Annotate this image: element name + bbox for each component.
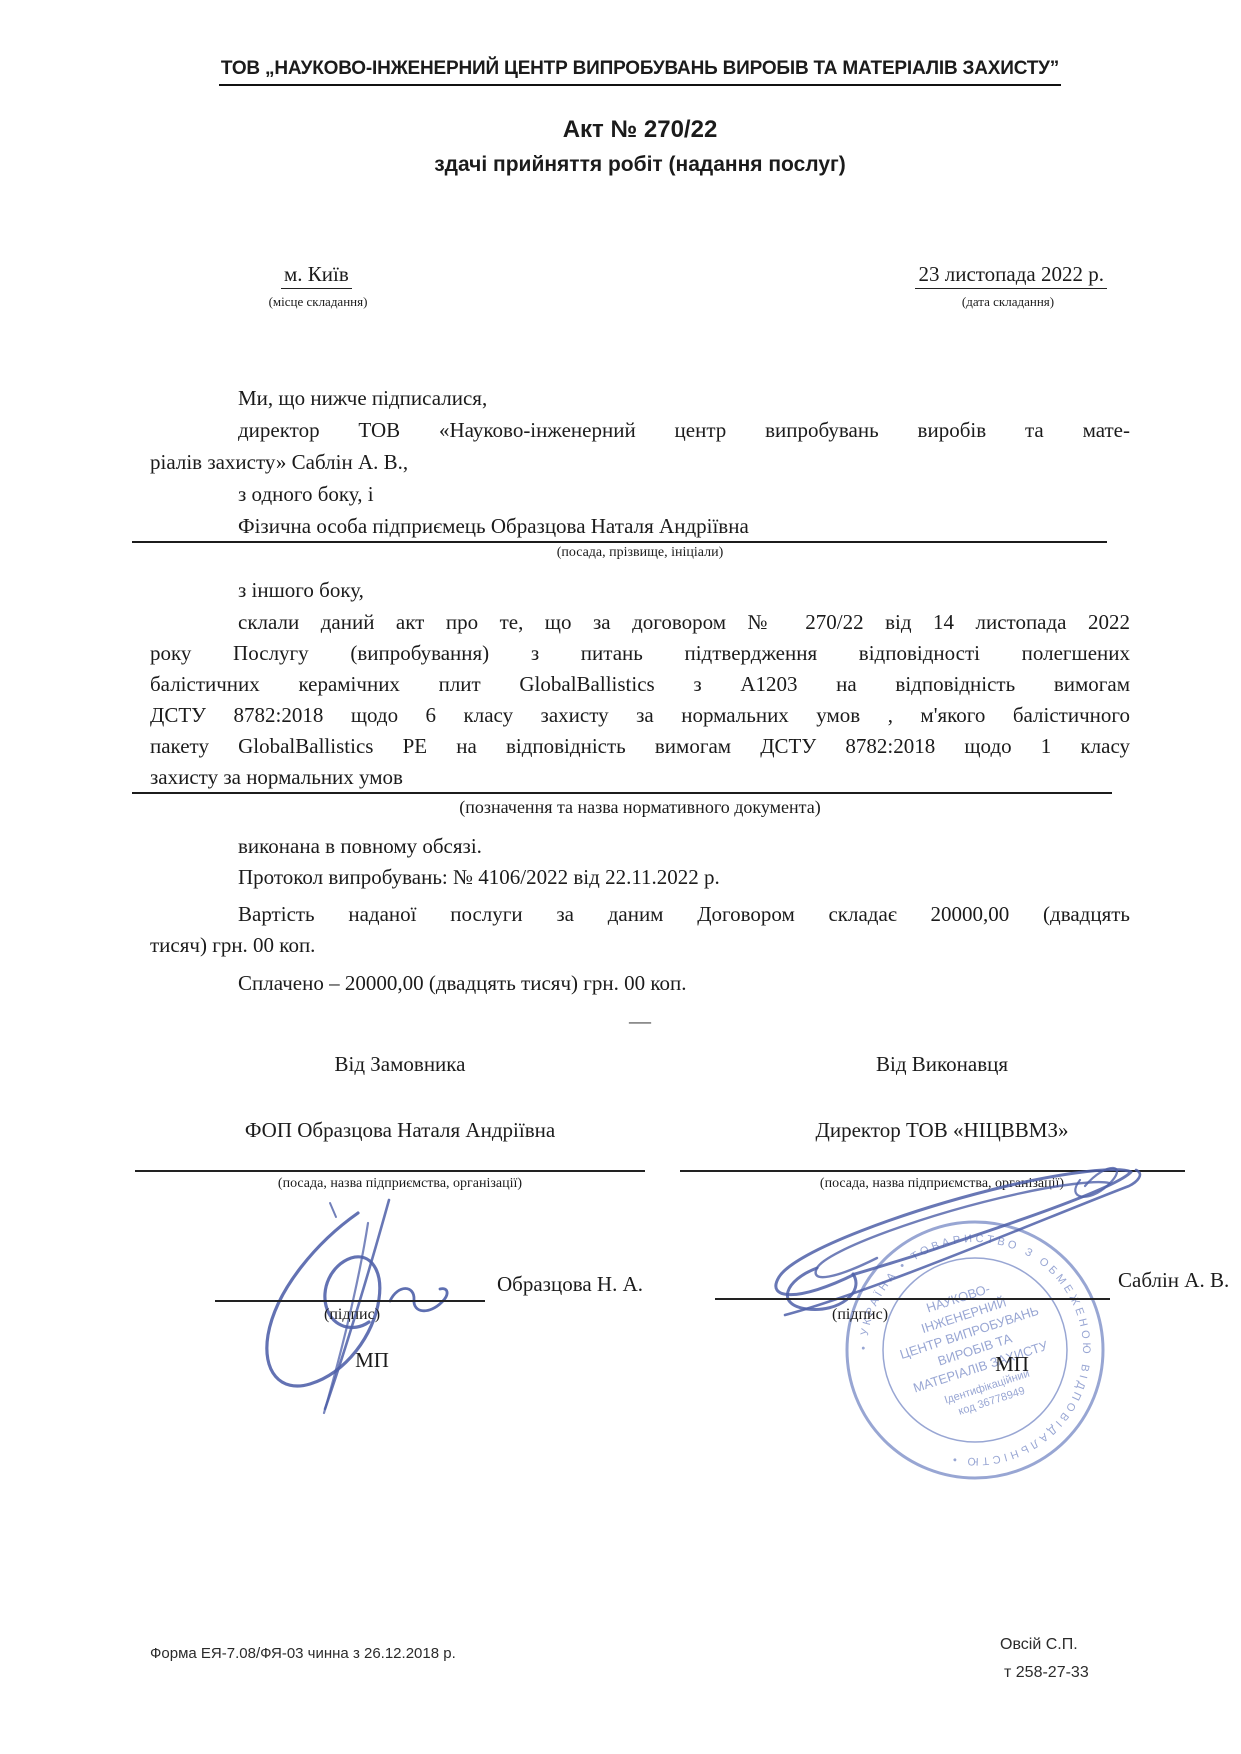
document-title: Акт № 270/22 [150,116,1130,144]
customer-name-line: ФОП Образцова Наталя Андріївна [245,1118,555,1143]
body-line-cost-2: тисяч) грн. 00 коп. [150,932,1130,958]
body-line-paid: Сплачено – 20000,00 (двадцять тисяч) грн… [150,970,1130,996]
customer-role-header: Від Замовника [334,1052,465,1077]
body-line-intro: Ми, що нижче підписалися, [150,385,1130,411]
org-header-row: ТОВ „НАУКОВО-ІНЖЕНЕРНИЙ ЦЕНТР ВИПРОБУВАН… [150,58,1130,86]
scanned-act-document: ТОВ „НАУКОВО-ІНЖЕНЕРНИЙ ЦЕНТР ВИПРОБУВАН… [0,0,1241,1754]
executor-sign-caption: (підпис) [832,1306,888,1324]
body-line-side2: з іншого боку, [150,577,1130,603]
body-line-party1-1: директор ТОВ «Науково-інженерний центр в… [150,417,1130,443]
party2-caption: (посада, прізвище, ініціали) [150,545,1130,561]
footer-phone: т 258-27-33 [1004,1664,1089,1682]
organization-name-header: ТОВ „НАУКОВО-ІНЖЕНЕРНИЙ ЦЕНТР ВИПРОБУВАН… [219,58,1061,86]
customer-sign-caption: (підпис) [324,1306,380,1324]
customer-role-caption: (посада, назва підприємства, організації… [278,1176,522,1192]
body-line-act-3: балістичних керамічних плит GlobalBallis… [150,671,1130,697]
body-line-act-5: пакету GlobalBallistics РЕ на відповідні… [150,733,1130,759]
footer-form-note: Форма ЕЯ-7.08/ФЯ-03 чинна з 26.12.2018 р… [150,1645,456,1662]
act-underline [132,792,1112,794]
customer-signature-scribble [240,1195,490,1415]
executor-seal-label: МП [995,1352,1029,1377]
body-line-act-2: року Послугу (випробування) з питань під… [150,640,1130,666]
party2-underline [132,541,1107,543]
customer-role-underline [135,1170,645,1172]
place-of-drafting: м. Київ [281,262,352,289]
body-line-party2: Фізична особа підприємець Образцова Ната… [150,513,1130,539]
act-caption: (позначення та назва нормативного докуме… [150,797,1130,818]
body-line-completed: виконана в повному обсязі. [150,833,1130,859]
executor-name-line: Директор ТОВ «НІЦВВМЗ» [816,1118,1069,1143]
body-line-protocol: Протокол випробувань: № 4106/2022 від 22… [150,864,1130,890]
body-line-act-6: захисту за нормальних умов [150,764,1130,790]
body-line-act-4: ДСТУ 8782:2018 щодо 6 класу захисту за н… [150,702,1130,728]
date-of-drafting: 23 листопада 2022 р. [915,262,1107,289]
body-line-side1: з одного боку, і [150,481,1130,507]
customer-seal-label: МП [355,1348,389,1373]
executor-signed-name: Саблін А. В. [1118,1268,1229,1293]
body-line-act-1: склали даний акт про те, що за договором… [150,609,1130,635]
executor-signature-line [715,1298,1110,1300]
body-line-cost-1: Вартість наданої послуги за даним Догово… [150,901,1130,927]
footer-executor-name: Овсій С.П. [1000,1636,1078,1654]
body-line-party1-2: ріалів захисту» Саблін А. В., [150,449,1130,475]
customer-signature-line [215,1300,485,1302]
customer-signed-name: Образцова Н. А. [497,1272,643,1297]
place-caption: (місце складання) [238,294,398,310]
separator-dash: — [150,1008,1130,1034]
executor-role-header: Від Виконавця [876,1052,1008,1077]
executor-signature-scribble [755,1162,1150,1327]
date-caption: (дата складання) [928,294,1088,310]
document-subtitle: здачі прийняття робіт (надання послуг) [150,153,1130,177]
